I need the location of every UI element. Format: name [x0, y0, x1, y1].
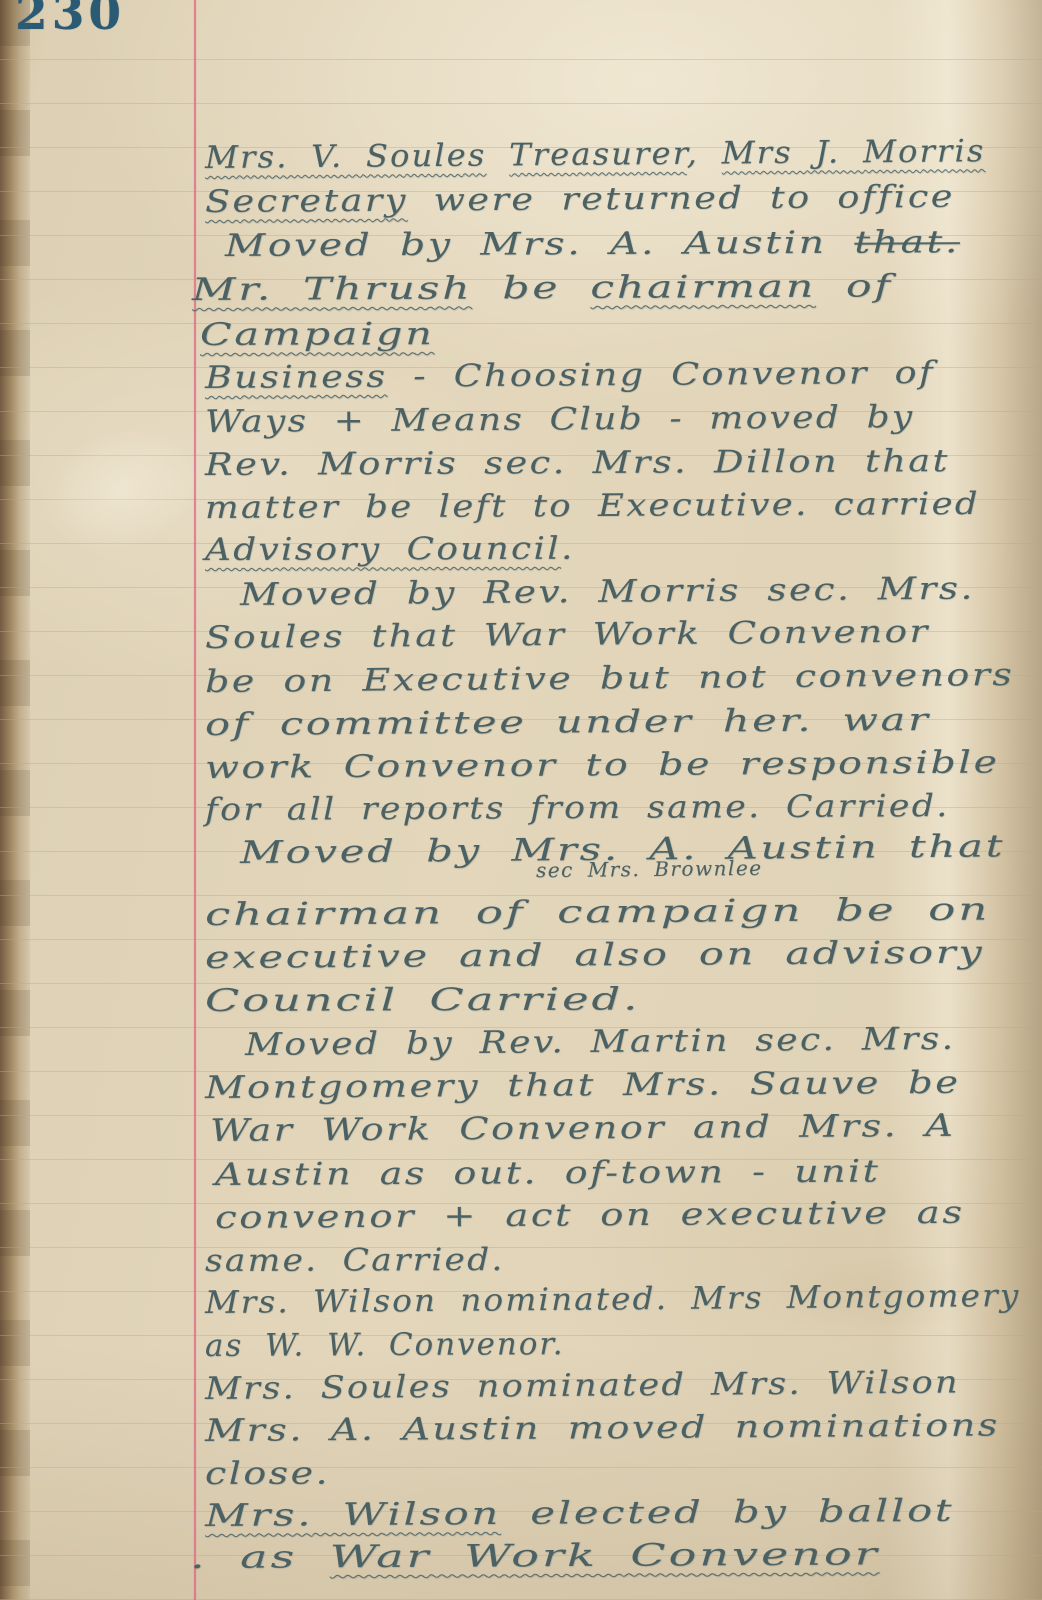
handwritten-line: Moved by Mrs. A. Austin that. — [225, 222, 960, 266]
handwritten-line: Mrs. V. Soules Treasurer, Mrs J. Morris — [205, 131, 986, 178]
text-segment: chairman of campaign be on — [205, 892, 990, 933]
text-segment: Council Carried. — [205, 981, 640, 1019]
handwritten-line: for all reports from same. Carried. — [205, 786, 950, 830]
text-segment: Austin as out. of-town - unit — [215, 1154, 880, 1193]
ledger-page-scan: 230 Mrs. V. Soules Treasurer, Mrs J. Mor… — [0, 0, 1042, 1600]
text-segment: convenor + act on executive as — [215, 1195, 965, 1236]
text-segment: Mrs. Wilson — [205, 1496, 501, 1534]
text-segment: Mrs J. Morris — [721, 133, 985, 171]
handwritten-line: matter be left to Executive. carried — [205, 484, 980, 528]
handwritten-line: Soules that War Work Convenor — [205, 612, 930, 658]
text-segment: , — [686, 135, 721, 171]
text-segment: of committee under her. war — [205, 702, 931, 743]
text-segment: Mrs. Wilson nominated. Mrs Montgomery — [205, 1278, 1021, 1321]
handwritten-line: chairman of campaign be on — [205, 890, 990, 935]
handwritten-line: Council Carried. — [205, 979, 640, 1021]
handwritten-line: . as War Work Convenor — [190, 1534, 880, 1578]
text-segment: for all reports from same. Carried. — [205, 788, 950, 828]
handwritten-line: Mrs. Soules nominated Mrs. Wilson — [205, 1362, 960, 1409]
text-segment: Montgomery that Mrs. Sauve be — [205, 1065, 961, 1106]
text-segment: . as — [190, 1539, 330, 1576]
text-segment: Soules that War Work Convenor — [205, 614, 930, 656]
text-segment: executive and also on advisory — [205, 935, 985, 976]
text-segment: War Work Convenor — [330, 1536, 880, 1575]
handwritten-line: Mr. Thrush be chairman of — [192, 266, 893, 310]
text-segment: same. Carried. — [205, 1242, 505, 1279]
handwritten-line: be on Executive but not convenors — [205, 655, 1015, 702]
text-segment: - Choosing Convenor of — [387, 355, 935, 395]
text-segment: Rev. Morris sec. Mrs. Dillon that — [205, 443, 950, 483]
text-segment: work Convenor to be responsible — [205, 744, 1000, 786]
text-segment: . — [561, 531, 575, 567]
text-segment: Campaign — [200, 316, 435, 353]
handwritten-line: convenor + act on executive as — [215, 1193, 965, 1238]
handwritten-line: of committee under her. war — [205, 700, 931, 745]
handwritten-line: Moved by Rev. Martin sec. Mrs. — [245, 1019, 956, 1065]
text-segment: Mrs. V. Soules — [205, 138, 487, 176]
handwritten-text-block: Mrs. V. Soules Treasurer, Mrs J. MorrisS… — [0, 0, 1042, 1600]
text-segment: Moved by Rev. Martin sec. Mrs. — [245, 1021, 956, 1063]
text-segment: matter be left to Executive. carried — [205, 486, 980, 526]
handwritten-line: Austin as out. of-town - unit — [215, 1152, 881, 1195]
text-segment: Mrs. A. Austin moved nominations — [205, 1407, 1000, 1449]
text-segment: Secretary — [205, 183, 408, 220]
handwritten-line: same. Carried. — [205, 1240, 505, 1281]
text-segment: Treasurer — [509, 136, 687, 174]
text-segment: Ways + Means Club - moved by — [205, 399, 915, 440]
handwritten-line: executive and also on advisory — [205, 933, 985, 978]
text-segment: Mrs. Soules nominated Mrs. Wilson — [205, 1364, 960, 1407]
text-segment: close. — [205, 1456, 330, 1492]
handwritten-line: Business - Choosing Convenor of — [205, 353, 935, 398]
text-segment: of — [816, 268, 893, 304]
text-segment: War Work Convenor and Mrs. A — [210, 1108, 955, 1149]
text-segment: Advisory Council — [205, 531, 561, 568]
text-segment: Moved by Mrs. A. Austin — [225, 225, 854, 264]
interlinear-insertion: sec Mrs. Brownlee — [536, 856, 763, 882]
handwritten-line: work Convenor to be responsible — [205, 742, 1000, 788]
text-segment: Mr. Thrush — [192, 271, 473, 308]
text-segment: be — [472, 270, 590, 307]
handwritten-line: Mrs. Wilson nominated. Mrs Montgomery — [205, 1276, 1021, 1323]
handwritten-line: Rev. Morris sec. Mrs. Dillon that — [205, 441, 950, 485]
handwritten-line: Mrs. Wilson elected by ballot — [205, 1491, 955, 1536]
handwritten-line: Secretary were returned to office — [205, 177, 955, 222]
text-segment: Moved by Rev. Morris sec. Mrs. — [240, 571, 975, 613]
text-segment: elected by ballot — [501, 1493, 955, 1532]
text-segment: be on Executive but not convenors — [205, 657, 1015, 700]
handwritten-line: Mrs. A. Austin moved nominations — [205, 1405, 1000, 1451]
handwritten-line: Ways + Means Club - moved by — [205, 397, 915, 442]
text-segment: were returned to office — [408, 179, 955, 219]
handwritten-line: close. — [205, 1454, 330, 1494]
handwritten-line: War Work Convenor and Mrs. A — [210, 1106, 956, 1151]
text-segment: as W. W. Convenor. — [205, 1326, 565, 1364]
handwritten-line: Campaign — [200, 314, 435, 355]
handwritten-line: as W. W. Convenor. — [205, 1324, 565, 1366]
handwritten-line: Advisory Council. — [205, 529, 575, 570]
handwritten-line: Montgomery that Mrs. Sauve be — [205, 1063, 961, 1108]
text-segment: Business — [205, 359, 388, 396]
text-segment: chairman — [590, 269, 816, 306]
handwritten-line: Moved by Rev. Morris sec. Mrs. — [240, 569, 975, 615]
text-segment — [486, 137, 509, 173]
text-segment: that. — [854, 224, 960, 261]
